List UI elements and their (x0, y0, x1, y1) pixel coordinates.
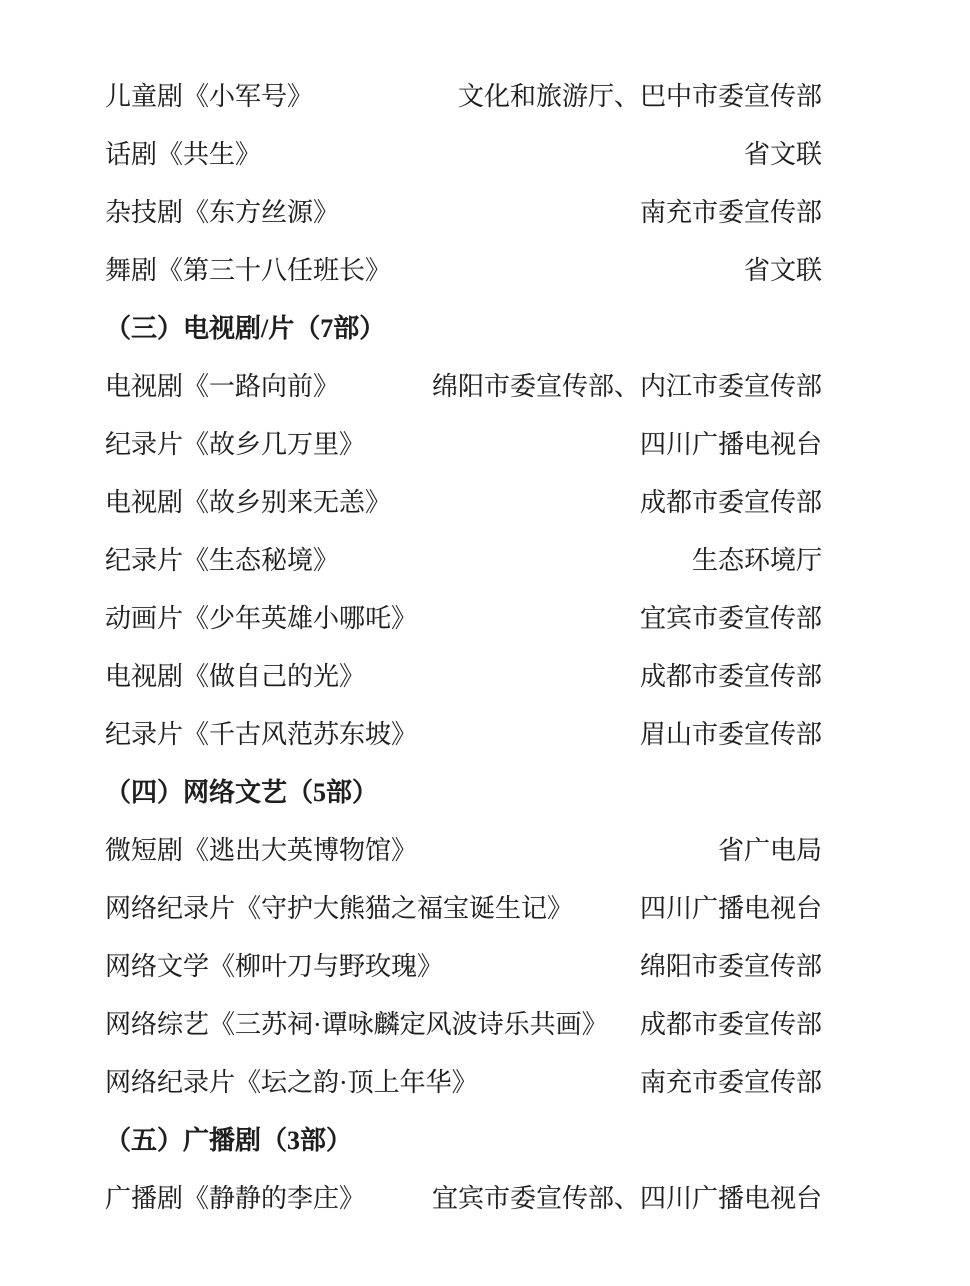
list-item: 纪录片《故乡几万里》 四川广播电视台 (105, 416, 822, 474)
work-title: 纪录片《故乡几万里》 (105, 432, 365, 458)
list-item: 广播剧《静静的李庄》 宜宾市委宣传部、四川广播电视台 (105, 1170, 822, 1228)
work-title: 动画片《少年英雄小哪吒》 (105, 606, 417, 632)
list-item: 微短剧《逃出大英博物馆》 省广电局 (105, 822, 822, 880)
producer-org: 四川广播电视台 (640, 896, 822, 922)
producer-org: 绵阳市委宣传部 (640, 954, 822, 980)
award-works-list: 儿童剧《小军号》 文化和旅游厅、巴中市委宣传部 话剧《共生》 省文联 杂技剧《东… (105, 68, 822, 1228)
section-header-label: （五）广播剧（3部） (105, 1128, 352, 1154)
producer-org: 成都市委宣传部 (640, 1012, 822, 1038)
work-title: 广播剧《静静的李庄》 (105, 1186, 365, 1212)
producer-org: 省文联 (744, 142, 822, 168)
work-title: 微短剧《逃出大英博物馆》 (105, 838, 417, 864)
producer-org: 宜宾市委宣传部 (640, 606, 822, 632)
section-header-label: （三）电视剧/片（7部） (105, 316, 385, 342)
list-item: 网络综艺《三苏祠·谭咏麟定风波诗乐共画》 成都市委宣传部 (105, 996, 822, 1054)
list-item: 网络纪录片《坛之韵·顶上年华》 南充市委宣传部 (105, 1054, 822, 1112)
work-title: 纪录片《生态秘境》 (105, 548, 339, 574)
list-item: 舞剧《第三十八任班长》 省文联 (105, 242, 822, 300)
list-item: 电视剧《故乡别来无恙》 成都市委宣传部 (105, 474, 822, 532)
list-item: 话剧《共生》 省文联 (105, 126, 822, 184)
producer-org: 生态环境厅 (692, 548, 822, 574)
section-header: （五）广播剧（3部） (105, 1112, 822, 1170)
work-title: 杂技剧《东方丝源》 (105, 200, 339, 226)
work-title: 舞剧《第三十八任班长》 (105, 258, 391, 284)
work-title: 网络纪录片《坛之韵·顶上年华》 (105, 1070, 478, 1096)
producer-org: 省文联 (744, 258, 822, 284)
producer-org: 眉山市委宣传部 (640, 722, 822, 748)
work-title: 纪录片《千古风范苏东坡》 (105, 722, 417, 748)
section-header: （三）电视剧/片（7部） (105, 300, 822, 358)
list-item: 杂技剧《东方丝源》 南充市委宣传部 (105, 184, 822, 242)
section-header: （四）网络文艺（5部） (105, 764, 822, 822)
section-header-label: （四）网络文艺（5部） (105, 780, 378, 806)
producer-org: 四川广播电视台 (640, 432, 822, 458)
producer-org: 南充市委宣传部 (640, 200, 822, 226)
list-item: 网络文学《柳叶刀与野玫瑰》 绵阳市委宣传部 (105, 938, 822, 996)
list-item: 纪录片《生态秘境》 生态环境厅 (105, 532, 822, 590)
producer-org: 南充市委宣传部 (640, 1070, 822, 1096)
work-title: 儿童剧《小军号》 (105, 84, 313, 110)
work-title: 电视剧《做自己的光》 (105, 664, 365, 690)
work-title: 网络综艺《三苏祠·谭咏麟定风波诗乐共画》 (105, 1012, 608, 1038)
producer-org: 成都市委宣传部 (640, 490, 822, 516)
producer-org: 省广电局 (718, 838, 822, 864)
producer-org: 宜宾市委宣传部、四川广播电视台 (432, 1186, 822, 1212)
work-title: 电视剧《一路向前》 (105, 374, 339, 400)
work-title: 话剧《共生》 (105, 142, 261, 168)
producer-org: 文化和旅游厅、巴中市委宣传部 (458, 84, 822, 110)
list-item: 网络纪录片《守护大熊猫之福宝诞生记》 四川广播电视台 (105, 880, 822, 938)
list-item: 纪录片《千古风范苏东坡》 眉山市委宣传部 (105, 706, 822, 764)
list-rows: 儿童剧《小军号》 文化和旅游厅、巴中市委宣传部 话剧《共生》 省文联 杂技剧《东… (105, 68, 822, 1228)
list-item: 动画片《少年英雄小哪吒》 宜宾市委宣传部 (105, 590, 822, 648)
list-item: 儿童剧《小军号》 文化和旅游厅、巴中市委宣传部 (105, 68, 822, 126)
list-item: 电视剧《做自己的光》 成都市委宣传部 (105, 648, 822, 706)
work-title: 网络纪录片《守护大熊猫之福宝诞生记》 (105, 896, 573, 922)
producer-org: 成都市委宣传部 (640, 664, 822, 690)
work-title: 电视剧《故乡别来无恙》 (105, 490, 391, 516)
producer-org: 绵阳市委宣传部、内江市委宣传部 (432, 374, 822, 400)
list-item: 电视剧《一路向前》 绵阳市委宣传部、内江市委宣传部 (105, 358, 822, 416)
work-title: 网络文学《柳叶刀与野玫瑰》 (105, 954, 443, 980)
